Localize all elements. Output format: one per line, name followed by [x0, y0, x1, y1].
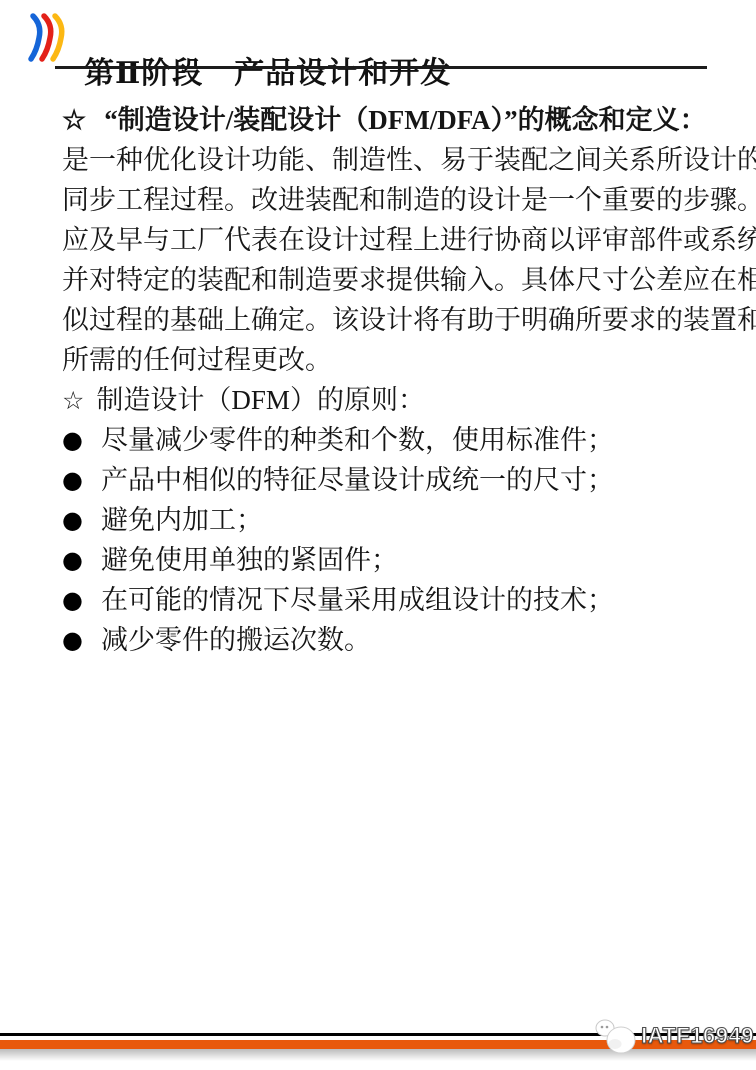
- principle-item: ● 避免内加工；: [62, 500, 717, 540]
- principle-item-text: 尽量减少零件的种类和个数，使用标准件；: [101, 420, 614, 460]
- principle-item-text: 在可能的情况下尽量采用成组设计的技术；: [101, 580, 614, 620]
- slide-page: 第Ⅱ阶段 产品设计和开发 ☆“制造设计/装配设计（DFM/DFA）”的概念和定义…: [0, 0, 756, 1070]
- principle-item-text: 减少零件的搬运次数。: [101, 620, 371, 660]
- page-title: 第Ⅱ阶段 产品设计和开发: [84, 48, 451, 92]
- star-bullet-icon: ☆: [62, 100, 86, 140]
- principle-item: ● 减少零件的搬运次数。: [62, 620, 717, 660]
- principle-item: ● 产品中相似的特征尽量设计成统一的尺寸；: [62, 460, 717, 500]
- sheep-mascot-icon: [593, 1017, 639, 1055]
- definition-line: 应及早与工厂代表在设计过程上进行协商以评审部件或系统，: [62, 220, 717, 260]
- definition-line: 所需的任何过程更改。: [62, 340, 717, 380]
- dot-bullet-icon: ●: [62, 460, 83, 500]
- slide-body: ☆“制造设计/装配设计（DFM/DFA）”的概念和定义： 是一种优化设计功能、制…: [62, 100, 717, 660]
- watermark-text: IATF16949: [641, 1023, 754, 1049]
- logo-stroke-red: [42, 16, 51, 59]
- definition-line: 并对特定的装配和制造要求提供输入。具体尺寸公差应在相: [62, 260, 717, 300]
- definition-line: 同步工程过程。改进装配和制造的设计是一个重要的步骤。: [62, 180, 717, 220]
- definition-heading-text: “制造设计/装配设计（DFM/DFA）”的概念和定义：: [104, 105, 706, 135]
- principles-heading: ☆制造设计（DFM）的原则：: [62, 380, 717, 420]
- dot-bullet-icon: ●: [62, 540, 83, 580]
- principles-heading-text: 制造设计（DFM）的原则：: [96, 385, 425, 415]
- principle-item-text: 避免内加工；: [101, 500, 263, 540]
- dot-bullet-icon: ●: [62, 620, 83, 660]
- definition-line: 是一种优化设计功能、制造性、易于装配之间关系所设计的: [62, 140, 717, 180]
- dot-bullet-icon: ●: [62, 580, 83, 620]
- star-bullet-icon: ☆: [62, 382, 84, 422]
- dot-bullet-icon: ●: [62, 420, 83, 460]
- dot-bullet-icon: ●: [62, 500, 83, 540]
- logo-stroke-blue: [31, 16, 40, 59]
- principle-item: ● 尽量减少零件的种类和个数，使用标准件；: [62, 420, 717, 460]
- principle-item: ● 避免使用单独的紧固件；: [62, 540, 717, 580]
- definition-line: 似过程的基础上确定。该设计将有助于明确所要求的装置和: [62, 300, 717, 340]
- definition-heading: ☆“制造设计/装配设计（DFM/DFA）”的概念和定义：: [62, 100, 717, 140]
- title-underline: [55, 66, 707, 69]
- triple-chevron-logo-icon: [28, 12, 68, 64]
- principle-item-text: 产品中相似的特征尽量设计成统一的尺寸；: [101, 460, 614, 500]
- principle-item: ● 在可能的情况下尽量采用成组设计的技术；: [62, 580, 717, 620]
- watermark: IATF16949: [593, 1014, 754, 1058]
- logo-stroke-yellow: [53, 16, 62, 59]
- principle-item-text: 避免使用单独的紧固件；: [101, 540, 398, 580]
